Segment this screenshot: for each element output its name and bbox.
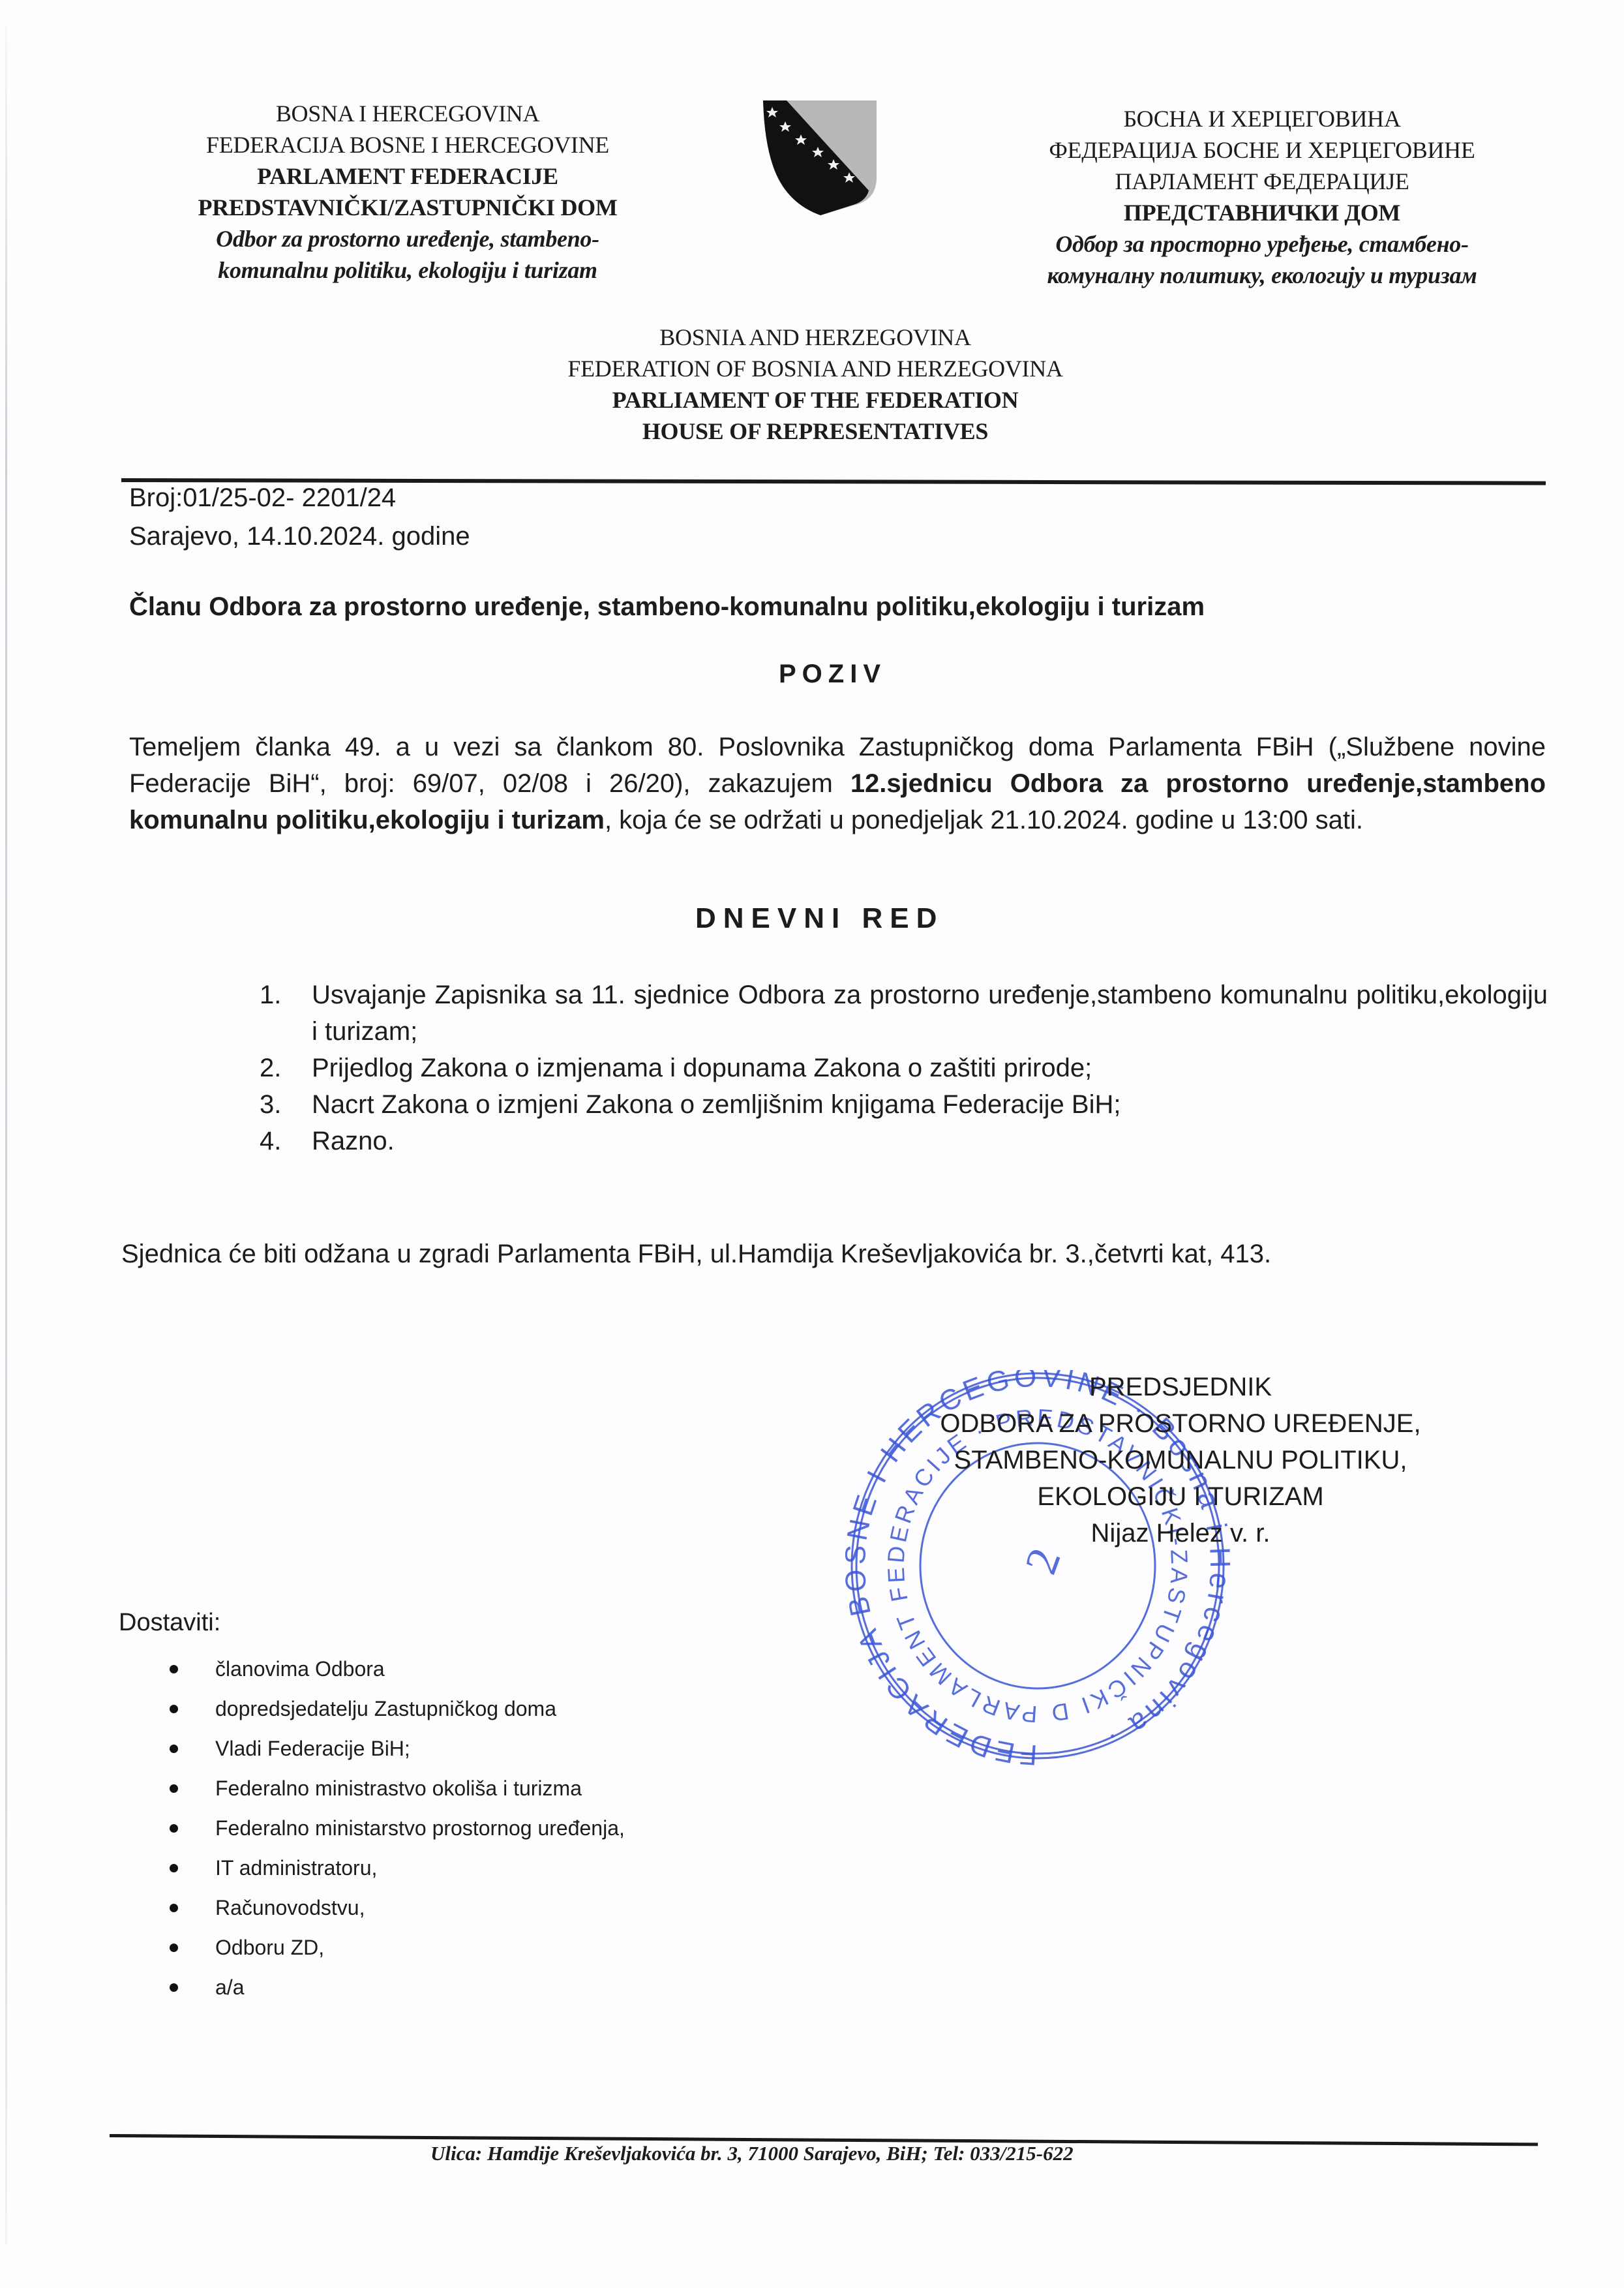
agenda-item: 3.Nacrt Zakona o izmjeni Zakona o zemlji…	[260, 1086, 1548, 1123]
agenda-item-number: 1.	[260, 977, 281, 1013]
recipient: Vladi Federacije BiH;	[163, 1729, 625, 1769]
meeting-location: Sjednica će biti odžana u zgradi Parlame…	[121, 1238, 1271, 1270]
agenda-item-number: 3.	[260, 1086, 281, 1123]
header-latin-line: FEDERACIJA BOSNE I HERCEGOVINE	[130, 129, 685, 160]
signature-line: EKOLOGIJU I TURIZAM	[867, 1478, 1494, 1515]
recipient: dopredsjedatelju Zastupničkog doma	[163, 1689, 625, 1729]
header-english-line: PARLIAMENT OF THE FEDERATION	[483, 384, 1148, 416]
recipient: Federalno ministarstvo prostornog uređen…	[163, 1808, 625, 1848]
header-english-line: BOSNIA AND HERZEGOVINA	[483, 322, 1148, 353]
recipient: Odboru ZD,	[163, 1928, 625, 1968]
agenda-item: 2.Prijedlog Zakona o izmjenama i dopunam…	[260, 1050, 1548, 1086]
document-number: Broj:01/25-02- 2201/24	[129, 481, 396, 514]
header-cyrillic-line: ПРЕДСТАВНИЧКИ ДОМ	[965, 197, 1559, 228]
header-cyrillic-committee: Одбор за просторно уређење, стамбено-	[965, 228, 1559, 260]
header-cyrillic-committee: комуналну политику, екологију и туризам	[965, 260, 1559, 291]
agenda-item: 4.Razno.	[260, 1123, 1548, 1159]
invitation-body: Temeljem članka 49. a u vezi sa člankom …	[129, 729, 1546, 838]
coat-of-arms-icon	[762, 99, 878, 217]
agenda-title: DNEVNI RED	[695, 902, 944, 935]
recipient: članovima Odbora	[163, 1649, 625, 1689]
recipient: IT administratoru,	[163, 1848, 625, 1888]
scan-edge	[5, 26, 7, 2244]
addressee: Članu Odbora za prostorno uređenje, stam…	[129, 590, 1205, 623]
header-latin-line: PARLAMENT FEDERACIJE	[130, 160, 685, 192]
signature-line: ODBORA ZA PROSTORNO UREĐENJE,	[867, 1405, 1494, 1442]
header-cyrillic: БОСНА И ХЕРЦЕГОВИНА ФЕДЕРАЦИЈА БОСНЕ И Х…	[965, 103, 1559, 291]
agenda-list: 1.Usvajanje Zapisnika sa 11. sjednice Od…	[260, 977, 1548, 1159]
recipient: Federalno ministrastvo okoliša i turizma	[163, 1769, 625, 1808]
distribution-label: Dostaviti:	[119, 1606, 220, 1639]
agenda-item-text: Usvajanje Zapisnika sa 11. sjednice Odbo…	[312, 981, 1548, 1046]
recipient: a/a	[163, 1968, 625, 2007]
header-cyrillic-line: ПАРЛАМЕНТ ФЕДЕРАЦИЈЕ	[965, 166, 1559, 197]
signatory-name: Nijaz Helez v. r.	[867, 1515, 1494, 1551]
header-latin-committee: Odbor za prostorno uređenje, stambeno-	[130, 223, 685, 254]
agenda-item-number: 4.	[260, 1123, 281, 1159]
footer-address: Ulica: Hamdije Kreševljakovića br. 3, 71…	[430, 2142, 1074, 2165]
header-latin: BOSNA I HERCEGOVINA FEDERACIJA BOSNE I H…	[130, 98, 685, 286]
signature-block: PREDSJEDNIK ODBORA ZA PROSTORNO UREĐENJE…	[867, 1369, 1494, 1551]
header-english-line: FEDERATION OF BOSNIA AND HERZEGOVINA	[483, 353, 1148, 384]
agenda-item: 1.Usvajanje Zapisnika sa 11. sjednice Od…	[260, 977, 1548, 1050]
document-title: POZIV	[779, 658, 886, 690]
document-date: Sarajevo, 14.10.2024. godine	[129, 520, 470, 553]
distribution-list: članovima Odbora dopredsjedatelju Zastup…	[163, 1649, 625, 2007]
header-latin-line: BOSNA I HERCEGOVINA	[130, 98, 685, 129]
header-latin-committee: komunalnu politiku, ekologiju i turizam	[130, 254, 685, 286]
agenda-item-text: Nacrt Zakona o izmjeni Zakona o zemljišn…	[312, 1090, 1120, 1119]
header-english-line: HOUSE OF REPRESENTATIVES	[483, 416, 1148, 447]
header-cyrillic-line: БОСНА И ХЕРЦЕГОВИНА	[965, 103, 1559, 134]
agenda-item-number: 2.	[260, 1050, 281, 1086]
agenda-item-text: Razno.	[312, 1127, 395, 1155]
header-cyrillic-line: ФЕДЕРАЦИЈА БОСНЕ И ХЕРЦЕГОВИНЕ	[965, 134, 1559, 166]
header-english: BOSNIA AND HERZEGOVINA FEDERATION OF BOS…	[483, 322, 1148, 447]
agenda-item-text: Prijedlog Zakona o izmjenama i dopunama …	[312, 1054, 1092, 1082]
header-latin-line: PREDSTAVNIČKI/ZASTUPNIČKI DOM	[130, 192, 685, 223]
recipient: Računovodstvu,	[163, 1888, 625, 1928]
invitation-body-text: , koja će se održati u ponedjeljak 21.10…	[605, 806, 1363, 834]
signature-title: PREDSJEDNIK	[867, 1369, 1494, 1405]
signature-line: STAMBENO-KOMUNALNU POLITIKU,	[867, 1442, 1494, 1478]
